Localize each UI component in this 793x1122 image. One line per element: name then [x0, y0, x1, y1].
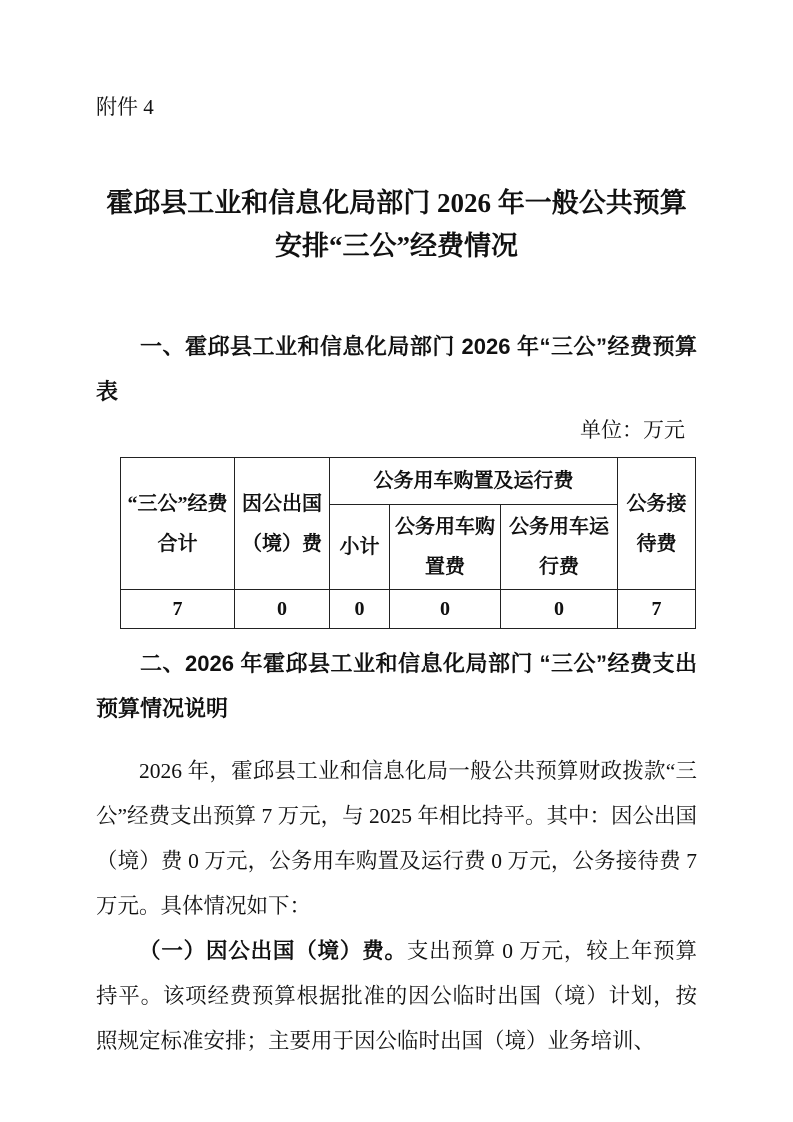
document-title: 霍邱县工业和信息化局部门 2026 年一般公共预算安排“三公”经费情况	[96, 182, 697, 268]
document-page: 附件 4 霍邱县工业和信息化局部门 2026 年一般公共预算安排“三公”经费情况…	[0, 0, 793, 1122]
value-cell-abroad: 0	[235, 590, 330, 629]
header-cell-vehicle-group: 公务用车购置及运行费	[330, 458, 618, 505]
document-content: 附件 4 霍邱县工业和信息化局部门 2026 年一般公共预算安排“三公”经费情况…	[0, 92, 793, 1064]
value-cell-subtotal: 0	[330, 590, 390, 629]
section2-heading: 二、2026 年霍邱县工业和信息化局部门 “三公”经费支出预算情况说明	[96, 641, 697, 731]
header-cell-subtotal: 小计	[330, 505, 390, 590]
header-cell-reception: 公务接待费	[618, 458, 696, 590]
section1-heading: 一、霍邱县工业和信息化局部门 2026 年“三公”经费预算表	[96, 324, 697, 414]
table-value-row: 7 0 0 0 0 7	[121, 590, 696, 629]
header-cell-total: “三公”经费合计	[121, 458, 235, 590]
paragraph-summary-text: 2026 年，霍邱县工业和信息化局一般公共预算财政拨款“三公”经费支出预算 7 …	[96, 759, 697, 918]
header-cell-abroad: 因公出国（境）费	[235, 458, 330, 590]
value-cell-purchase: 0	[390, 590, 501, 629]
paragraph-abroad-expense-lead: （一）因公出国（境）费。	[139, 939, 407, 963]
table-header-row-1: “三公”经费合计 因公出国（境）费 公务用车购置及运行费 公务接待费	[121, 458, 696, 505]
header-cell-purchase: 公务用车购置费	[390, 505, 501, 590]
attachment-label: 附件 4	[96, 92, 697, 122]
paragraph-summary: 2026 年，霍邱县工业和信息化局一般公共预算财政拨款“三公”经费支出预算 7 …	[96, 749, 697, 929]
paragraph-abroad-expense: （一）因公出国（境）费。支出预算 0 万元，较上年预算持平。该项经费预算根据批准…	[96, 929, 697, 1064]
sangong-budget-table: “三公”经费合计 因公出国（境）费 公务用车购置及运行费 公务接待费 小计 公务…	[120, 457, 696, 629]
value-cell-reception: 7	[618, 590, 696, 629]
unit-note: 单位：万元	[96, 416, 697, 444]
header-cell-operation: 公务用车运行费	[501, 505, 618, 590]
value-cell-total: 7	[121, 590, 235, 629]
value-cell-operation: 0	[501, 590, 618, 629]
